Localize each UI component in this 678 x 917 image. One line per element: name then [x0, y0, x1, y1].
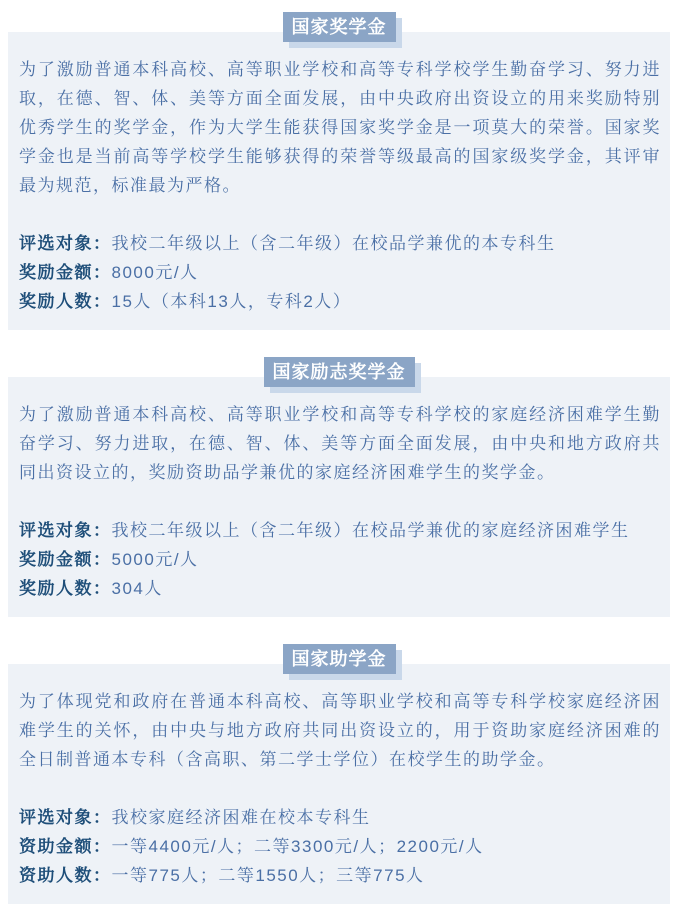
section-description: 为了体现党和政府在普通本科高校、高等职业学校和高等专科学校家庭经济困难学生的关怀…	[19, 687, 661, 774]
detail-row-count: 资助人数：一等775人；二等1550人；三等775人	[19, 861, 661, 890]
detail-row-count: 奖励人数：15人（本科13人，专科2人）	[19, 287, 661, 316]
section-title-badge: 国家奖学金	[283, 12, 396, 42]
detail-value: 8000元/人	[112, 263, 199, 282]
detail-value: 15人（本科13人，专科2人）	[112, 292, 352, 311]
detail-label: 资助金额：	[19, 837, 112, 856]
detail-row-amount: 奖励金额：8000元/人	[19, 258, 661, 287]
detail-label: 评选对象：	[19, 521, 112, 540]
detail-label: 奖励金额：	[19, 550, 112, 569]
detail-value: 5000元/人	[112, 550, 199, 569]
section-content-box: 为了体现党和政府在普通本科高校、高等职业学校和高等专科学校家庭经济困难学生的关怀…	[8, 664, 670, 904]
section-details: 评选对象：我校二年级以上（含二年级）在校品学兼优的本专科生 奖励金额：8000元…	[19, 229, 661, 316]
detail-label: 评选对象：	[19, 808, 112, 827]
section-description: 为了激励普通本科高校、高等职业学校和高等专科学校学生勤奋学习、努力进取，在德、智…	[19, 55, 661, 200]
section-title-badge: 国家励志奖学金	[264, 357, 415, 387]
badge-row: 国家励志奖学金	[0, 357, 678, 387]
detail-row-count: 奖励人数：304人	[19, 574, 661, 603]
badge-row: 国家助学金	[0, 644, 678, 674]
detail-row-amount: 奖励金额：5000元/人	[19, 545, 661, 574]
detail-label: 奖励金额：	[19, 263, 112, 282]
section-content-box: 为了激励普通本科高校、高等职业学校和高等专科学校学生勤奋学习、努力进取，在德、智…	[8, 32, 670, 330]
detail-label: 资助人数：	[19, 866, 112, 885]
detail-label: 奖励人数：	[19, 292, 112, 311]
detail-value: 我校家庭经济困难在校本专科生	[112, 808, 371, 827]
detail-value: 我校二年级以上（含二年级）在校品学兼优的家庭经济困难学生	[112, 521, 630, 540]
badge-row: 国家奖学金	[0, 12, 678, 42]
section-description: 为了激励普通本科高校、高等职业学校和高等专科学校的家庭经济困难学生勤奋学习、努力…	[19, 400, 661, 487]
detail-row-target: 评选对象：我校家庭经济困难在校本专科生	[19, 803, 661, 832]
section-content-box: 为了激励普通本科高校、高等职业学校和高等专科学校的家庭经济困难学生勤奋学习、努力…	[8, 377, 670, 617]
section-national-scholarship: 国家奖学金 为了激励普通本科高校、高等职业学校和高等专科学校学生勤奋学习、努力进…	[0, 12, 678, 330]
detail-row-amount: 资助金额：一等4400元/人；二等3300元/人；2200元/人	[19, 832, 661, 861]
detail-row-target: 评选对象：我校二年级以上（含二年级）在校品学兼优的家庭经济困难学生	[19, 516, 661, 545]
detail-value: 一等4400元/人；二等3300元/人；2200元/人	[112, 837, 484, 856]
detail-value: 我校二年级以上（含二年级）在校品学兼优的本专科生	[112, 234, 556, 253]
detail-label: 评选对象：	[19, 234, 112, 253]
section-details: 评选对象：我校二年级以上（含二年级）在校品学兼优的家庭经济困难学生 奖励金额：5…	[19, 516, 661, 603]
detail-value: 304人	[112, 579, 163, 598]
scholarship-info-page: 国家奖学金 为了激励普通本科高校、高等职业学校和高等专科学校学生勤奋学习、努力进…	[0, 0, 678, 904]
section-title-text: 国家奖学金	[292, 17, 387, 37]
section-national-encouragement-scholarship: 国家励志奖学金 为了激励普通本科高校、高等职业学校和高等专科学校的家庭经济困难学…	[0, 357, 678, 617]
detail-value: 一等775人；二等1550人；三等775人	[112, 866, 425, 885]
detail-row-target: 评选对象：我校二年级以上（含二年级）在校品学兼优的本专科生	[19, 229, 661, 258]
section-details: 评选对象：我校家庭经济困难在校本专科生 资助金额：一等4400元/人；二等330…	[19, 803, 661, 890]
section-title-text: 国家励志奖学金	[273, 362, 406, 382]
section-national-grant: 国家助学金 为了体现党和政府在普通本科高校、高等职业学校和高等专科学校家庭经济困…	[0, 644, 678, 904]
detail-label: 奖励人数：	[19, 579, 112, 598]
section-title-text: 国家助学金	[292, 649, 387, 669]
section-title-badge: 国家助学金	[283, 644, 396, 674]
